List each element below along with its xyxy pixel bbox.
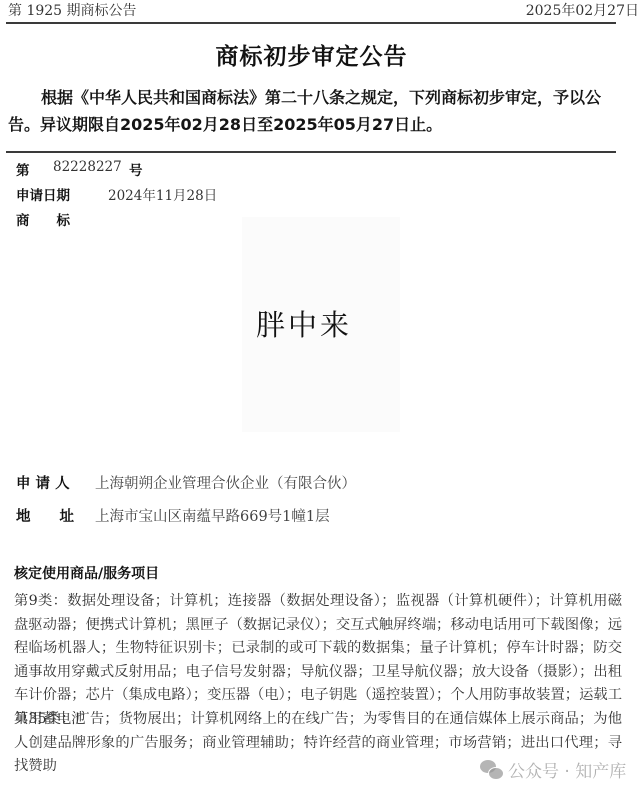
number-prefix-label: 第 <box>16 159 30 179</box>
watermark-text: 公众号 · 知产库 <box>508 757 626 782</box>
issue-date: 2025年02月27日 <box>526 0 639 20</box>
header-divider <box>6 22 616 24</box>
registration-number: 82228227 <box>53 159 122 175</box>
page-title: 商标初步审定公告 <box>0 38 623 71</box>
mark-label: 商 标 <box>16 209 70 229</box>
watermark: 公众号 · 知产库 <box>480 757 626 782</box>
number-suffix-label: 号 <box>129 159 143 179</box>
filing-date: 2024年11月28日 <box>108 184 217 204</box>
applicant-name: 上海朝朔企业管理合伙企业（有限合伙） <box>95 472 356 493</box>
intro-paragraph: 根据《中华人民共和国商标法》第二十八条之规定，下列商标初步审定，予以公告。异议期… <box>8 84 616 138</box>
applicant-address: 上海市宝山区南蕴早路669号1幢1层 <box>95 505 330 526</box>
goods-services-heading: 核定使用商品/服务项目 <box>14 563 159 583</box>
filing-date-label: 申请日期 <box>16 184 70 204</box>
trademark-text: 胖中来 <box>242 303 474 344</box>
address-label: 地 址 <box>16 505 74 526</box>
issue-number: 第 1925 期商标公告 <box>8 0 137 20</box>
section-divider <box>6 151 616 153</box>
applicant-label: 申 请 人 <box>16 472 70 493</box>
wechat-icon <box>480 760 504 780</box>
